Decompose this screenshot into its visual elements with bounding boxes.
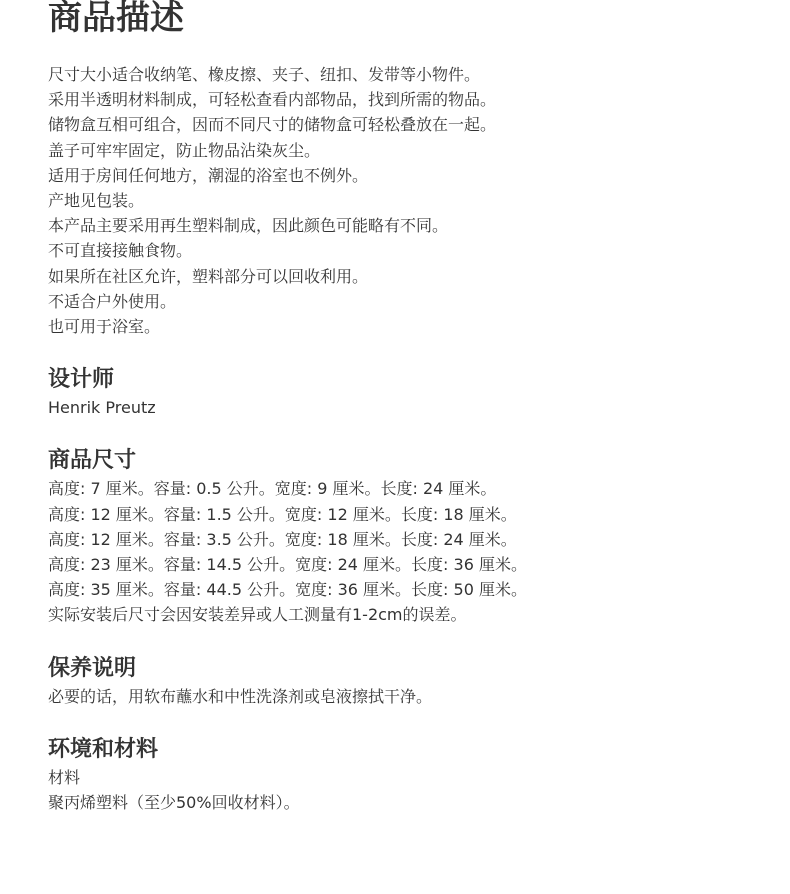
- environment-heading: 环境和材料: [48, 735, 790, 765]
- dimension-note: 实际安装后尺寸会因安装差异或人工测量有1-2cm的误差。: [48, 602, 790, 627]
- description-line: 不可直接接触食物。: [48, 238, 790, 263]
- care-heading: 保养说明: [48, 654, 790, 684]
- description-line: 本产品主要采用再生塑料制成，因此颜色可能略有不同。: [48, 213, 790, 238]
- dimension-line: 高度: 12 厘米。容量: 3.5 公升。宽度: 18 厘米。长度: 24 厘米…: [48, 527, 790, 552]
- description-line: 也可用于浴室。: [48, 314, 790, 339]
- dimension-line: 高度: 23 厘米。容量: 14.5 公升。宽度: 24 厘米。长度: 36 厘…: [48, 552, 790, 577]
- description-line: 储物盒互相可组合，因而不同尺寸的储物盒可轻松叠放在一起。: [48, 112, 790, 137]
- designer-name: Henrik Preutz: [48, 395, 790, 420]
- product-info-page: 商品描述 尺寸大小适合收纳笔、橡皮擦、夹子、纽扣、发带等小物件。 采用半透明材料…: [0, 0, 790, 815]
- environment-section: 环境和材料 材料 聚丙烯塑料（至少50%回收材料）。: [48, 735, 790, 815]
- designer-section: 设计师 Henrik Preutz: [48, 365, 790, 420]
- material-text: 聚丙烯塑料（至少50%回收材料）。: [48, 790, 790, 815]
- description-line: 产地见包装。: [48, 188, 790, 213]
- dimension-line: 高度: 7 厘米。容量: 0.5 公升。宽度: 9 厘米。长度: 24 厘米。: [48, 476, 790, 501]
- dimension-line: 高度: 12 厘米。容量: 1.5 公升。宽度: 12 厘米。长度: 18 厘米…: [48, 502, 790, 527]
- description-line: 适用于房间任何地方，潮湿的浴室也不例外。: [48, 163, 790, 188]
- description-line: 盖子可牢牢固定，防止物品沾染灰尘。: [48, 138, 790, 163]
- dimensions-heading: 商品尺寸: [48, 446, 790, 476]
- material-label: 材料: [48, 765, 790, 790]
- product-description-title: 商品描述: [48, 0, 790, 38]
- care-section: 保养说明 必要的话，用软布蘸水和中性洗涤剂或皂液擦拭干净。: [48, 654, 790, 709]
- dimension-line: 高度: 35 厘米。容量: 44.5 公升。宽度: 36 厘米。长度: 50 厘…: [48, 577, 790, 602]
- description-line: 不适合户外使用。: [48, 289, 790, 314]
- description-line: 尺寸大小适合收纳笔、橡皮擦、夹子、纽扣、发带等小物件。: [48, 62, 790, 87]
- description-line: 采用半透明材料制成，可轻松查看内部物品，找到所需的物品。: [48, 87, 790, 112]
- product-description-list: 尺寸大小适合收纳笔、橡皮擦、夹子、纽扣、发带等小物件。 采用半透明材料制成，可轻…: [48, 62, 790, 339]
- designer-heading: 设计师: [48, 365, 790, 395]
- care-text: 必要的话，用软布蘸水和中性洗涤剂或皂液擦拭干净。: [48, 684, 790, 709]
- dimensions-section: 商品尺寸 高度: 7 厘米。容量: 0.5 公升。宽度: 9 厘米。长度: 24…: [48, 446, 790, 627]
- description-line: 如果所在社区允许，塑料部分可以回收利用。: [48, 264, 790, 289]
